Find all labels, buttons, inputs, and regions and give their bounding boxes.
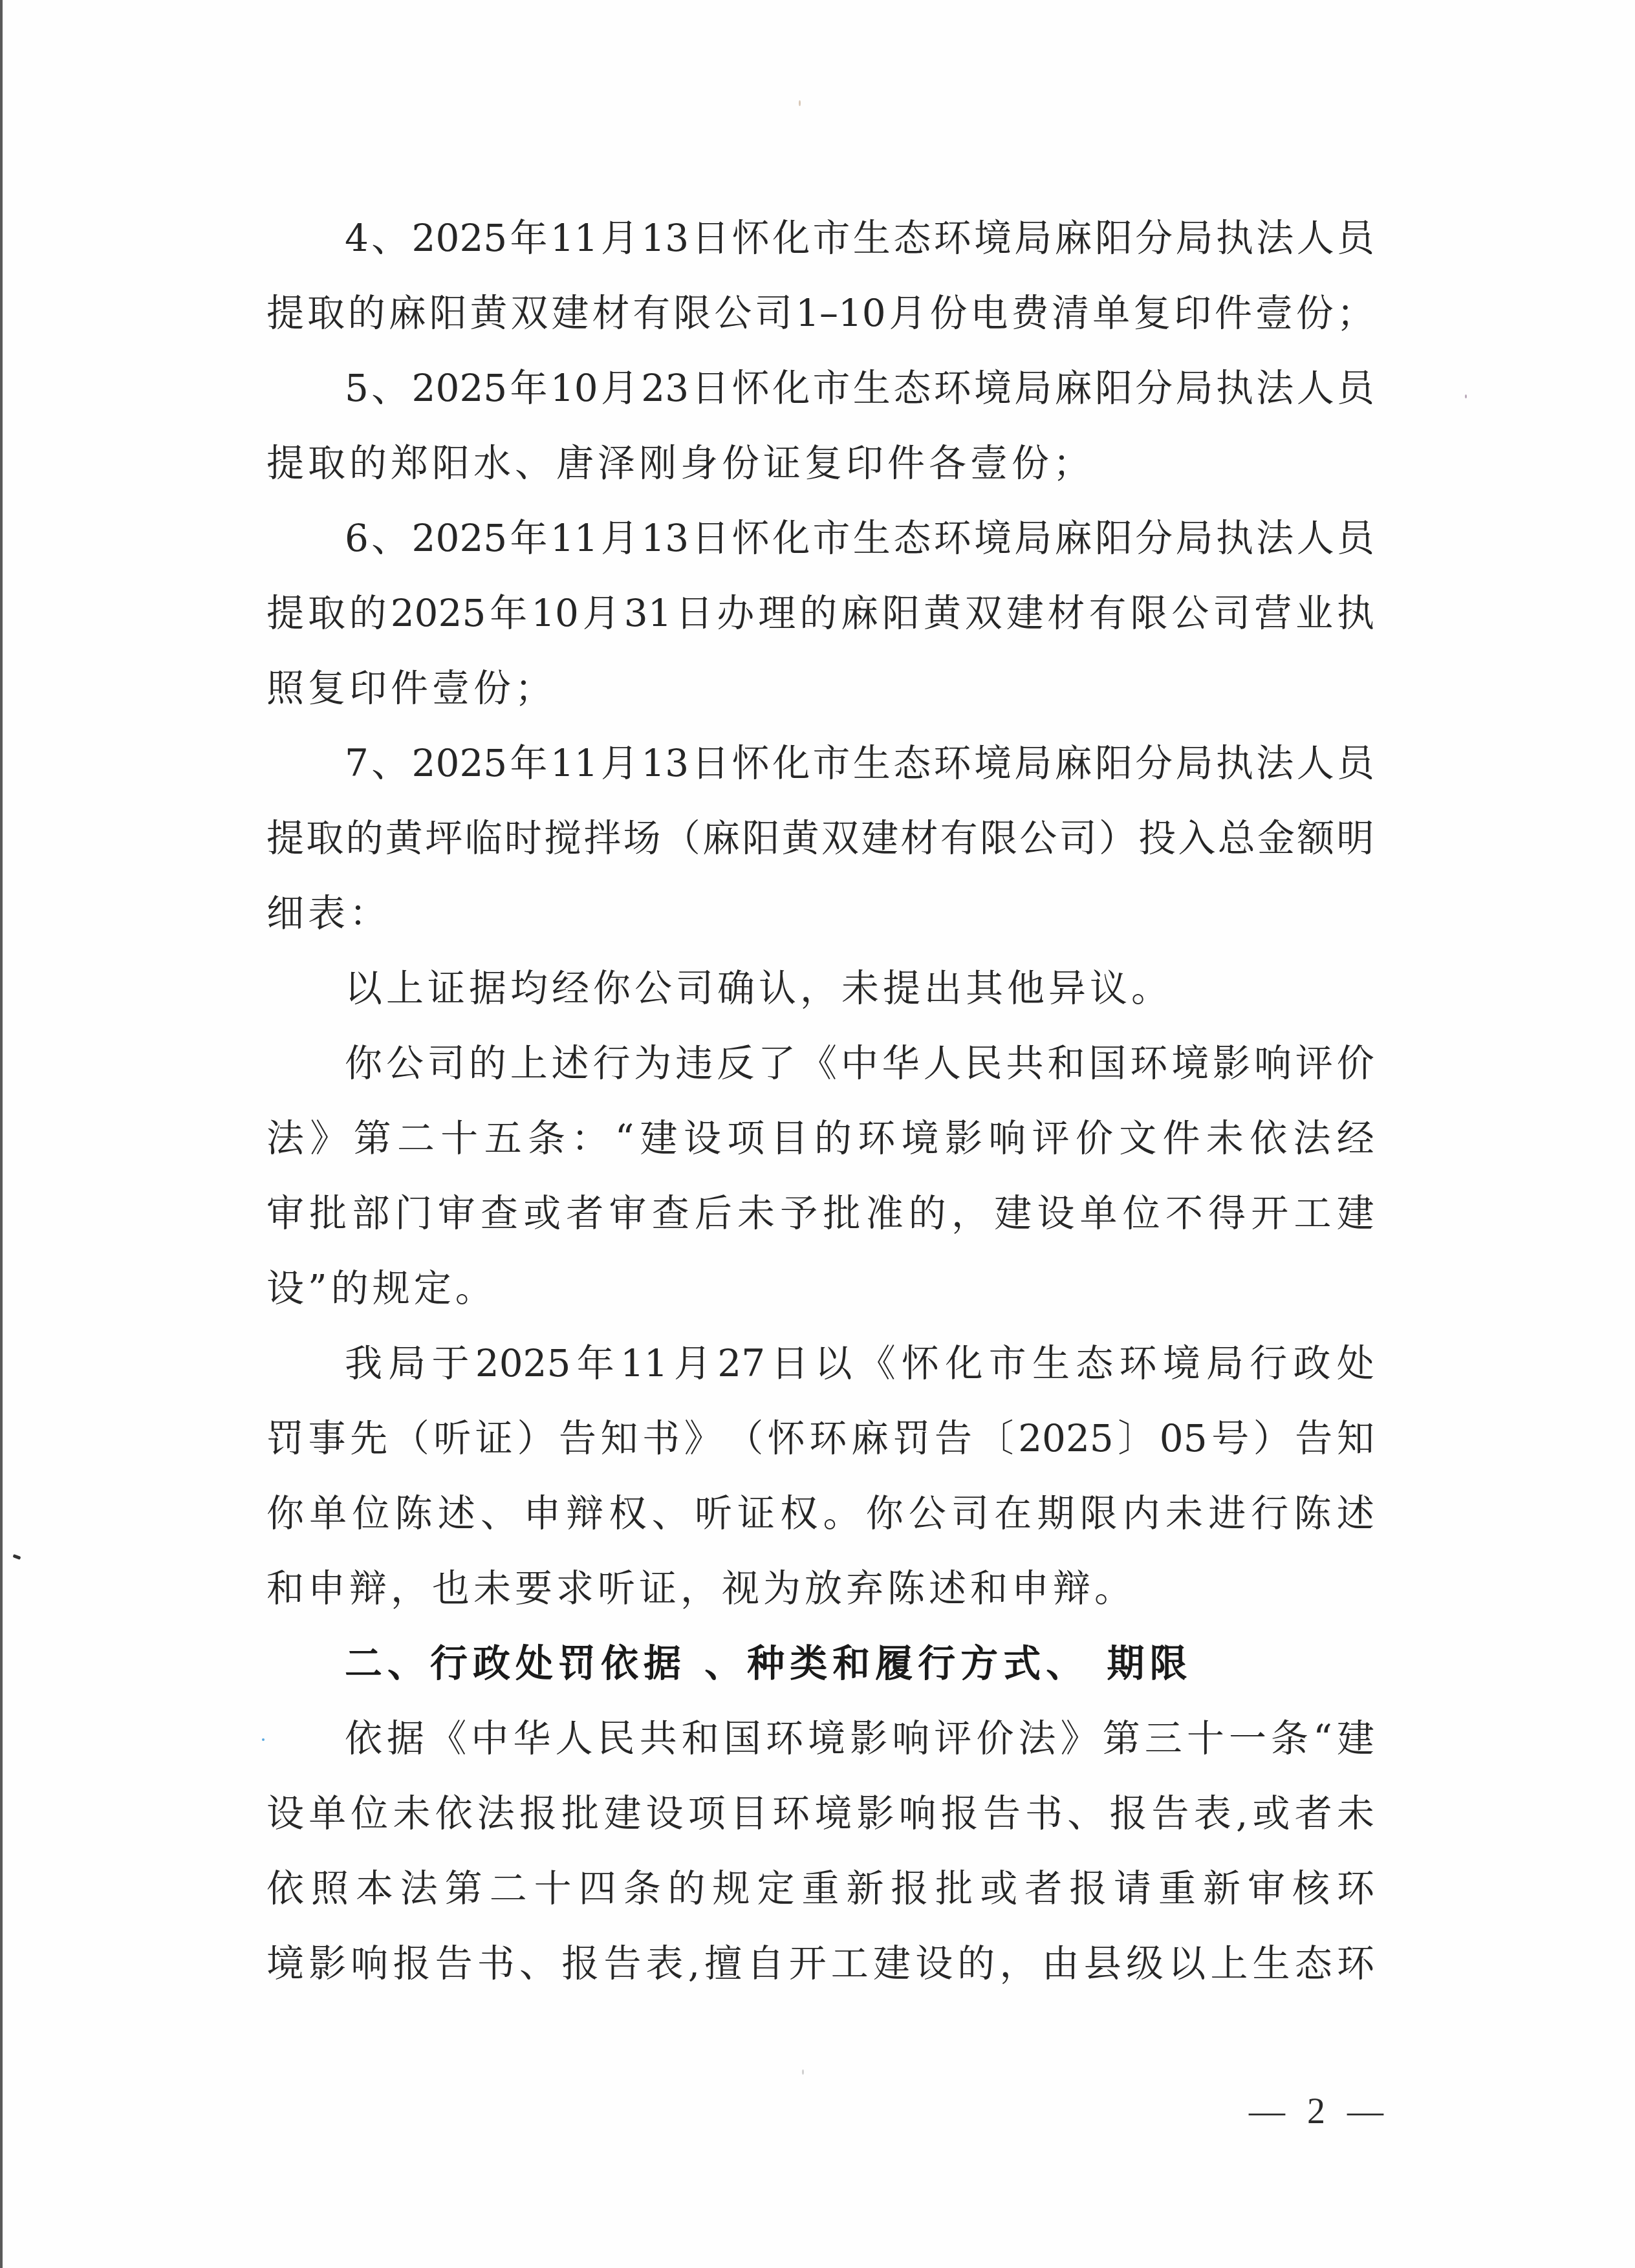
scan-speck [13, 1554, 21, 1560]
section-heading-penalty-basis: 二、行政处罚依据 、种类和履行方式、 期限 [345, 1641, 1374, 1686]
evidence-item-7-line-3: 细表： [266, 891, 1374, 936]
notice-paragraph-line-3: 你单位陈述、申辩权、听证权。你公司在期限内未进行陈述 [266, 1491, 1374, 1536]
page-number: — 2 — [1245, 2089, 1394, 2134]
evidence-item-4-line-2: 提取的麻阳黄双建材有限公司1–10月份电费清单复印件壹份； [266, 290, 1374, 336]
scan-speck [799, 100, 801, 106]
violation-paragraph-line-3: 审批部门审查或者审查后未予批准的，建设单位不得开工建 [266, 1191, 1374, 1236]
evidence-item-6-line-1: 6、2025年11月13日怀化市生态环境局麻阳分局执法人员 [345, 515, 1374, 561]
evidence-item-6-line-3: 照复印件壹份； [266, 665, 1374, 711]
evidence-item-5-line-1: 5、2025年10月23日怀化市生态环境局麻阳分局执法人员 [345, 365, 1374, 411]
notice-paragraph-line-1: 我局于2025年11月27日以《怀化市生态环境局行政处 [345, 1341, 1374, 1386]
evidence-item-6-line-2: 提取的2025年10月31日办理的麻阳黄双建材有限公司营业执 [266, 590, 1374, 636]
scan-speck [802, 2069, 804, 2075]
evidence-confirmation: 以上证据均经你公司确认，未提出其他异议。 [345, 966, 1374, 1011]
scan-edge-border [0, 0, 3, 2268]
scan-speck [262, 1738, 265, 1741]
notice-paragraph-line-4: 和申辩，也未要求听证，视为放弃陈述和申辩。 [266, 1566, 1374, 1611]
basis-paragraph-line-2: 设单位未依法报批建设项目环境影响报告书、报告表,或者未 [266, 1791, 1374, 1836]
scan-speck [1465, 394, 1467, 398]
basis-paragraph-line-3: 依照本法第二十四条的规定重新报批或者报请重新审核环 [266, 1866, 1374, 1911]
evidence-item-7-line-1: 7、2025年11月13日怀化市生态环境局麻阳分局执法人员 [345, 740, 1374, 786]
basis-paragraph-line-1: 依据《中华人民共和国环境影响评价法》第三十一条“建 [345, 1716, 1374, 1761]
notice-paragraph-line-2: 罚事先（听证）告知书》（怀环麻罚告〔2025〕05号）告知 [266, 1416, 1374, 1461]
violation-paragraph-line-4: 设”的规定。 [266, 1266, 1374, 1311]
document-page: 4、2025年11月13日怀化市生态环境局麻阳分局执法人员 提取的麻阳黄双建材有… [0, 0, 1635, 2268]
evidence-item-5-line-2: 提取的郑阳水、唐泽刚身份证复印件各壹份； [266, 440, 1374, 486]
violation-paragraph-line-1: 你公司的上述行为违反了《中华人民共和国环境影响评价 [345, 1041, 1374, 1086]
evidence-item-4-line-1: 4、2025年11月13日怀化市生态环境局麻阳分局执法人员 [345, 215, 1374, 261]
violation-paragraph-line-2: 法》第二十五条：“建设项目的环境影响评价文件未依法经 [266, 1116, 1374, 1161]
basis-paragraph-line-4: 境影响报告书、报告表,擅自开工建设的，由县级以上生态环 [266, 1941, 1374, 1986]
evidence-item-7-line-2: 提取的黄坪临时搅拌场（麻阳黄双建材有限公司）投入总金额明 [266, 815, 1374, 861]
